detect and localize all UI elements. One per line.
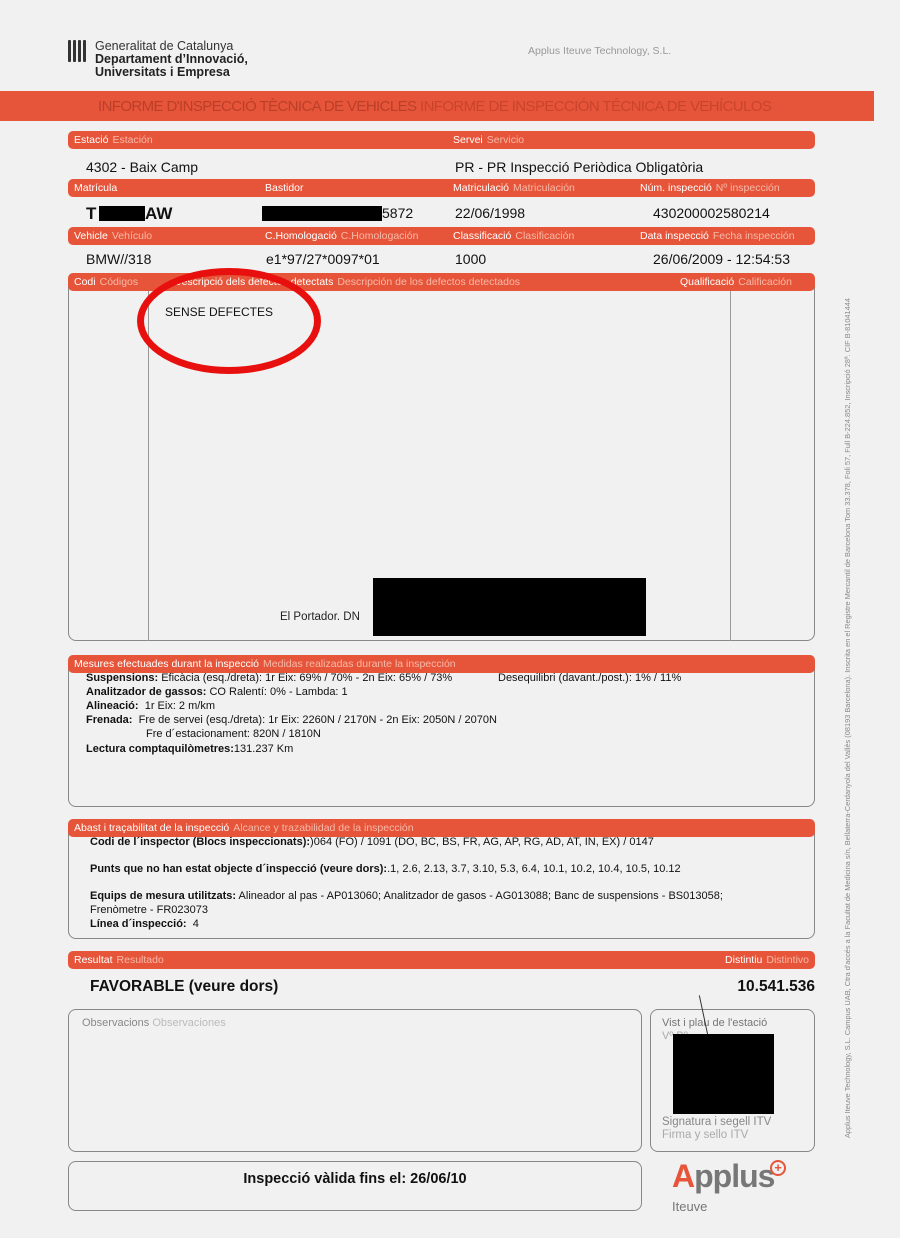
result-label: ResultatResultado <box>74 954 164 966</box>
annotation-circle <box>137 268 321 374</box>
measurement-gas: Analitzador de gassos: CO Ralentí: 0% - … <box>86 686 348 700</box>
stamp-approval-label: Vist i plau de l'estació <box>662 1017 767 1029</box>
station-value: 4302 - Baix Camp <box>86 159 198 175</box>
report-title-es: INFORME DE INSPECCIÓN TÉCNICA DE VEHÍCUL… <box>420 98 771 115</box>
signature-label-es: Firma y sello ITV <box>662 1129 748 1141</box>
inspector-code: Codi de l´inspector (Blocs inspeccionats… <box>90 836 654 850</box>
inspection-date-label: Data inspeccióFecha inspección <box>640 230 795 242</box>
inspection-date-value: 26/06/2009 - 12:54:53 <box>653 251 790 267</box>
plate-redaction <box>99 206 145 221</box>
plus-circle-icon: + <box>770 1160 786 1176</box>
classification-label: ClassificacióClasificación <box>453 230 574 242</box>
measurements-label: Mesures efectuades durant la inspeccióMe… <box>74 658 456 670</box>
vehicle-data-label-bar: VehicleVehículo C.HomologacióC.Homologac… <box>68 227 815 245</box>
validity-text: Inspecció vàlida fins el: 26/06/10 <box>68 1171 642 1187</box>
vehicle-label: VehicleVehículo <box>74 230 152 242</box>
homologation-value: e1*97/27*0097*01 <box>266 251 380 267</box>
company-name: Applus Iteuve Technology, S.L. <box>528 45 671 57</box>
station-service-label-bar: EstacióEstación ServeiServicio <box>68 131 815 149</box>
stamp-redaction <box>673 1034 774 1114</box>
report-title: INFORME D'INSPECCIÓ TÈCNICA DE VEHICLES … <box>98 98 771 115</box>
measurement-brakes: Frenada: Fre de servei (esq./dreta): 1r … <box>86 714 497 728</box>
station-label: EstacióEstación <box>74 134 153 146</box>
registration-label: MatriculacióMatriculación <box>453 182 575 194</box>
service-label: ServeiServicio <box>453 134 524 146</box>
distinctive-label: DistintiuDistintivo <box>725 954 809 966</box>
vehicle-id-label-bar: Matrícula Bastidor MatriculacióMatricula… <box>68 179 815 197</box>
plate-end: AW <box>145 204 172 224</box>
measurement-imbalance: Desequilibri (davant./post.): 1% / 11% <box>498 672 681 686</box>
applus-subbrand: Iteuve <box>672 1199 707 1214</box>
registration-value: 22/06/1998 <box>455 205 525 221</box>
classification-value: 1000 <box>455 251 486 267</box>
homologation-label: C.HomologacióC.Homologación <box>265 230 418 242</box>
applus-logo-rest: pplus <box>694 1158 774 1194</box>
plate-label: Matrícula <box>74 182 117 194</box>
measurements-label-bar: Mesures efectuades durant la inspeccióMe… <box>68 655 815 673</box>
code-label: CodiCódigos <box>74 276 138 288</box>
signature-label: Signatura i segell ITV <box>662 1116 771 1128</box>
measurement-parking-brake: Fre d´estacionament: 820N / 1810N <box>146 728 321 742</box>
qualification-label: QualificacióCalificación <box>680 276 792 288</box>
inspection-number-value: 430200002580214 <box>653 205 770 221</box>
measurement-alignment: Alineació: 1r Eix: 2 m/km <box>86 700 215 714</box>
qualification-column-divider <box>730 291 731 641</box>
chassis-label: Bastidor <box>265 182 304 194</box>
report-title-bar: INFORME D'INSPECCIÓ TÈCNICA DE VEHICLES … <box>0 91 874 121</box>
result-label-bar: ResultatResultado DistintiuDistintivo <box>68 951 815 969</box>
result-value: FAVORABLE (veure dors) <box>90 978 278 996</box>
plate-start: T <box>86 204 96 224</box>
bearer-label: El Portador. DN <box>280 611 360 623</box>
issuer-line-3: Universitats i Empresa <box>95 66 248 79</box>
not-inspected-points: Punts que no han estat objecte d´inspecc… <box>90 863 681 877</box>
scope-label: Abast i traçabilitat de la inspeccióAlca… <box>74 822 414 834</box>
equipment-used: Equips de mesura utilitzats: Alineador a… <box>90 890 723 904</box>
inspection-number-label: Núm. inspeccióNº inspección <box>640 182 780 194</box>
measurement-suspension: Suspensions: Eficàcia (esq./dreta): 1r E… <box>86 672 452 686</box>
chassis-redaction <box>262 206 382 221</box>
distinctive-value: 10.541.536 <box>737 978 815 996</box>
equipment-used-cont: Frenòmetre - FR023073 <box>90 904 208 918</box>
scope-label-bar: Abast i traçabilitat de la inspeccióAlca… <box>68 819 815 837</box>
observations-box <box>68 1009 642 1152</box>
observations-label: Observacions Observaciones <box>82 1017 226 1029</box>
report-title-ca: INFORME D'INSPECCIÓ TÈCNICA DE VEHICLES <box>98 98 416 115</box>
inspection-line: Línea d´inspecció: 4 <box>90 918 199 932</box>
vehicle-value: BMW//318 <box>86 251 151 267</box>
service-value: PR - PR Inspecció Periòdica Obligatòria <box>455 159 703 175</box>
measurement-odometer: Lectura comptaquilòmetres:131.237 Km <box>86 743 293 757</box>
bearer-redaction <box>373 578 646 636</box>
generalitat-logo-icon <box>68 40 88 62</box>
applus-logo: Applus <box>672 1158 774 1195</box>
legal-side-text: Applus Iteuve Technology, S.L. Campus UA… <box>843 128 852 1138</box>
issuer-block: Generalitat de Catalunya Departament d’I… <box>95 40 248 79</box>
chassis-value: 5872 <box>382 205 413 221</box>
